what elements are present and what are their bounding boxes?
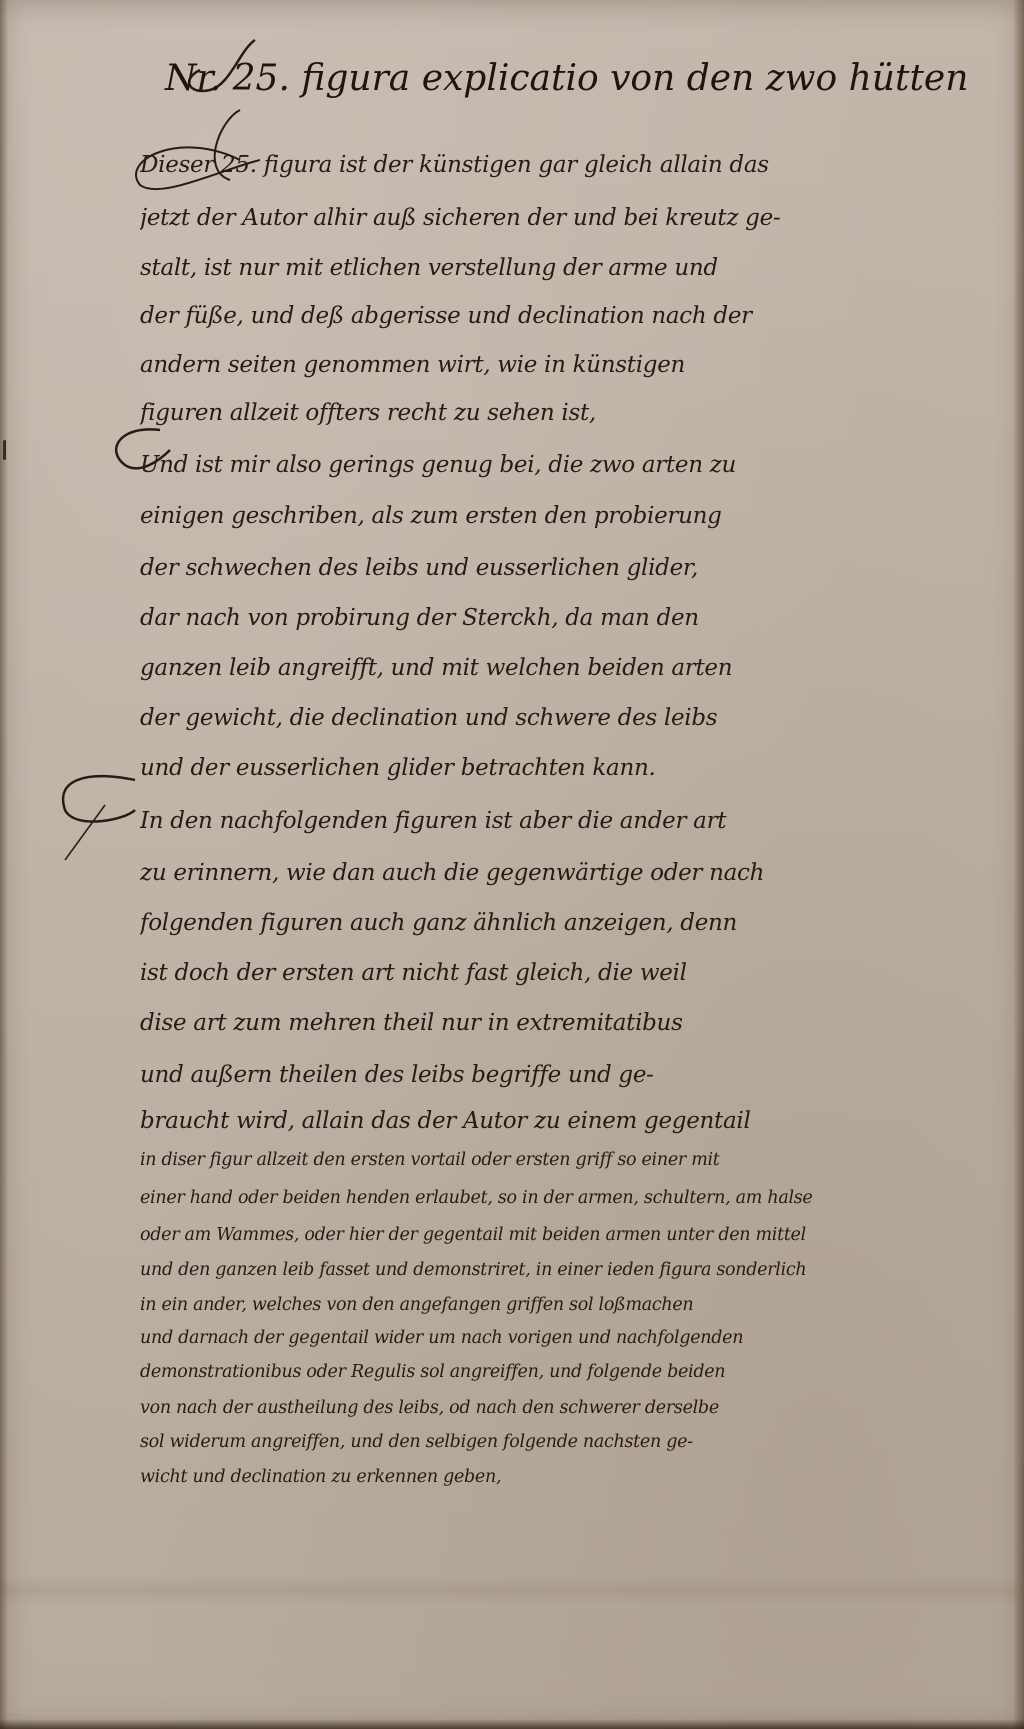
- text-line: in ein ander, welches von den angefangen…: [140, 1295, 940, 1315]
- text-line: in diser figur allzeit den ersten vortai…: [140, 1150, 940, 1170]
- text-line: der füße, und deß abgerisse und declinat…: [140, 303, 940, 329]
- page-fold-mark: [0, 1575, 1024, 1605]
- page-bottom-edge: [0, 1719, 1024, 1729]
- text-line: oder am Wammes, oder hier der gegentail …: [140, 1225, 940, 1245]
- text-line: einigen geschriben, als zum ersten den p…: [140, 503, 940, 529]
- text-line: andern seiten genommen wirt, wie in küns…: [140, 352, 940, 378]
- text-line: einer hand oder beiden henden erlaubet, …: [140, 1188, 940, 1208]
- text-line: und darnach der gegentail wider um nach …: [140, 1328, 940, 1348]
- text-line: Dieser 25. figura ist der künstigen gar …: [140, 152, 940, 178]
- text-line: und der eusserlichen glider betrachten k…: [140, 755, 940, 781]
- text-line: der gewicht, die declination und schwere…: [140, 705, 940, 731]
- text-line: zu erinnern, wie dan auch die gegenwärti…: [140, 860, 940, 886]
- text-line: braucht wird, allain das der Autor zu ei…: [140, 1108, 940, 1134]
- title-flourish-icon: [60, 20, 260, 220]
- text-line: Und ist mir also gerings genug bei, die …: [140, 452, 940, 478]
- text-line: von nach der austheilung des leibs, od n…: [140, 1398, 940, 1418]
- paragraph-flourish-icon: [35, 760, 145, 870]
- text-line: und außern theilen des leibs begriffe un…: [140, 1062, 940, 1088]
- page-right-edge: [1014, 0, 1024, 1729]
- page-left-edge: [0, 0, 8, 1729]
- document-title: Nr. 25. figura explicatio von den zwo hü…: [165, 58, 968, 99]
- text-line: In den nachfolgenden figuren ist aber di…: [140, 808, 940, 834]
- text-line: stalt, ist nur mit etlichen verstellung …: [140, 255, 940, 281]
- text-line: wicht und declination zu erkennen geben,: [140, 1467, 940, 1487]
- manuscript-page: Nr. 25. figura explicatio von den zwo hü…: [0, 0, 1024, 1729]
- margin-ink-mark: [3, 440, 6, 460]
- text-line: und den ganzen leib fasset und demonstri…: [140, 1260, 940, 1280]
- text-line: sol widerum angreiffen, und den selbigen…: [140, 1432, 940, 1452]
- text-line: demonstrationibus oder Regulis sol angre…: [140, 1362, 940, 1382]
- text-line: dar nach von probirung der Sterckh, da m…: [140, 605, 940, 631]
- text-line: folgenden figuren auch ganz ähnlich anze…: [140, 910, 940, 936]
- text-line: ist doch der ersten art nicht fast gleic…: [140, 960, 940, 986]
- text-line: ganzen leib angreifft, und mit welchen b…: [140, 655, 940, 681]
- text-line: jetzt der Autor alhir auß sicheren der u…: [140, 205, 940, 231]
- text-line: dise art zum mehren theil nur in extremi…: [140, 1010, 940, 1036]
- text-line: der schwechen des leibs und eusserlichen…: [140, 555, 940, 581]
- text-line: figuren allzeit offters recht zu sehen i…: [140, 400, 940, 426]
